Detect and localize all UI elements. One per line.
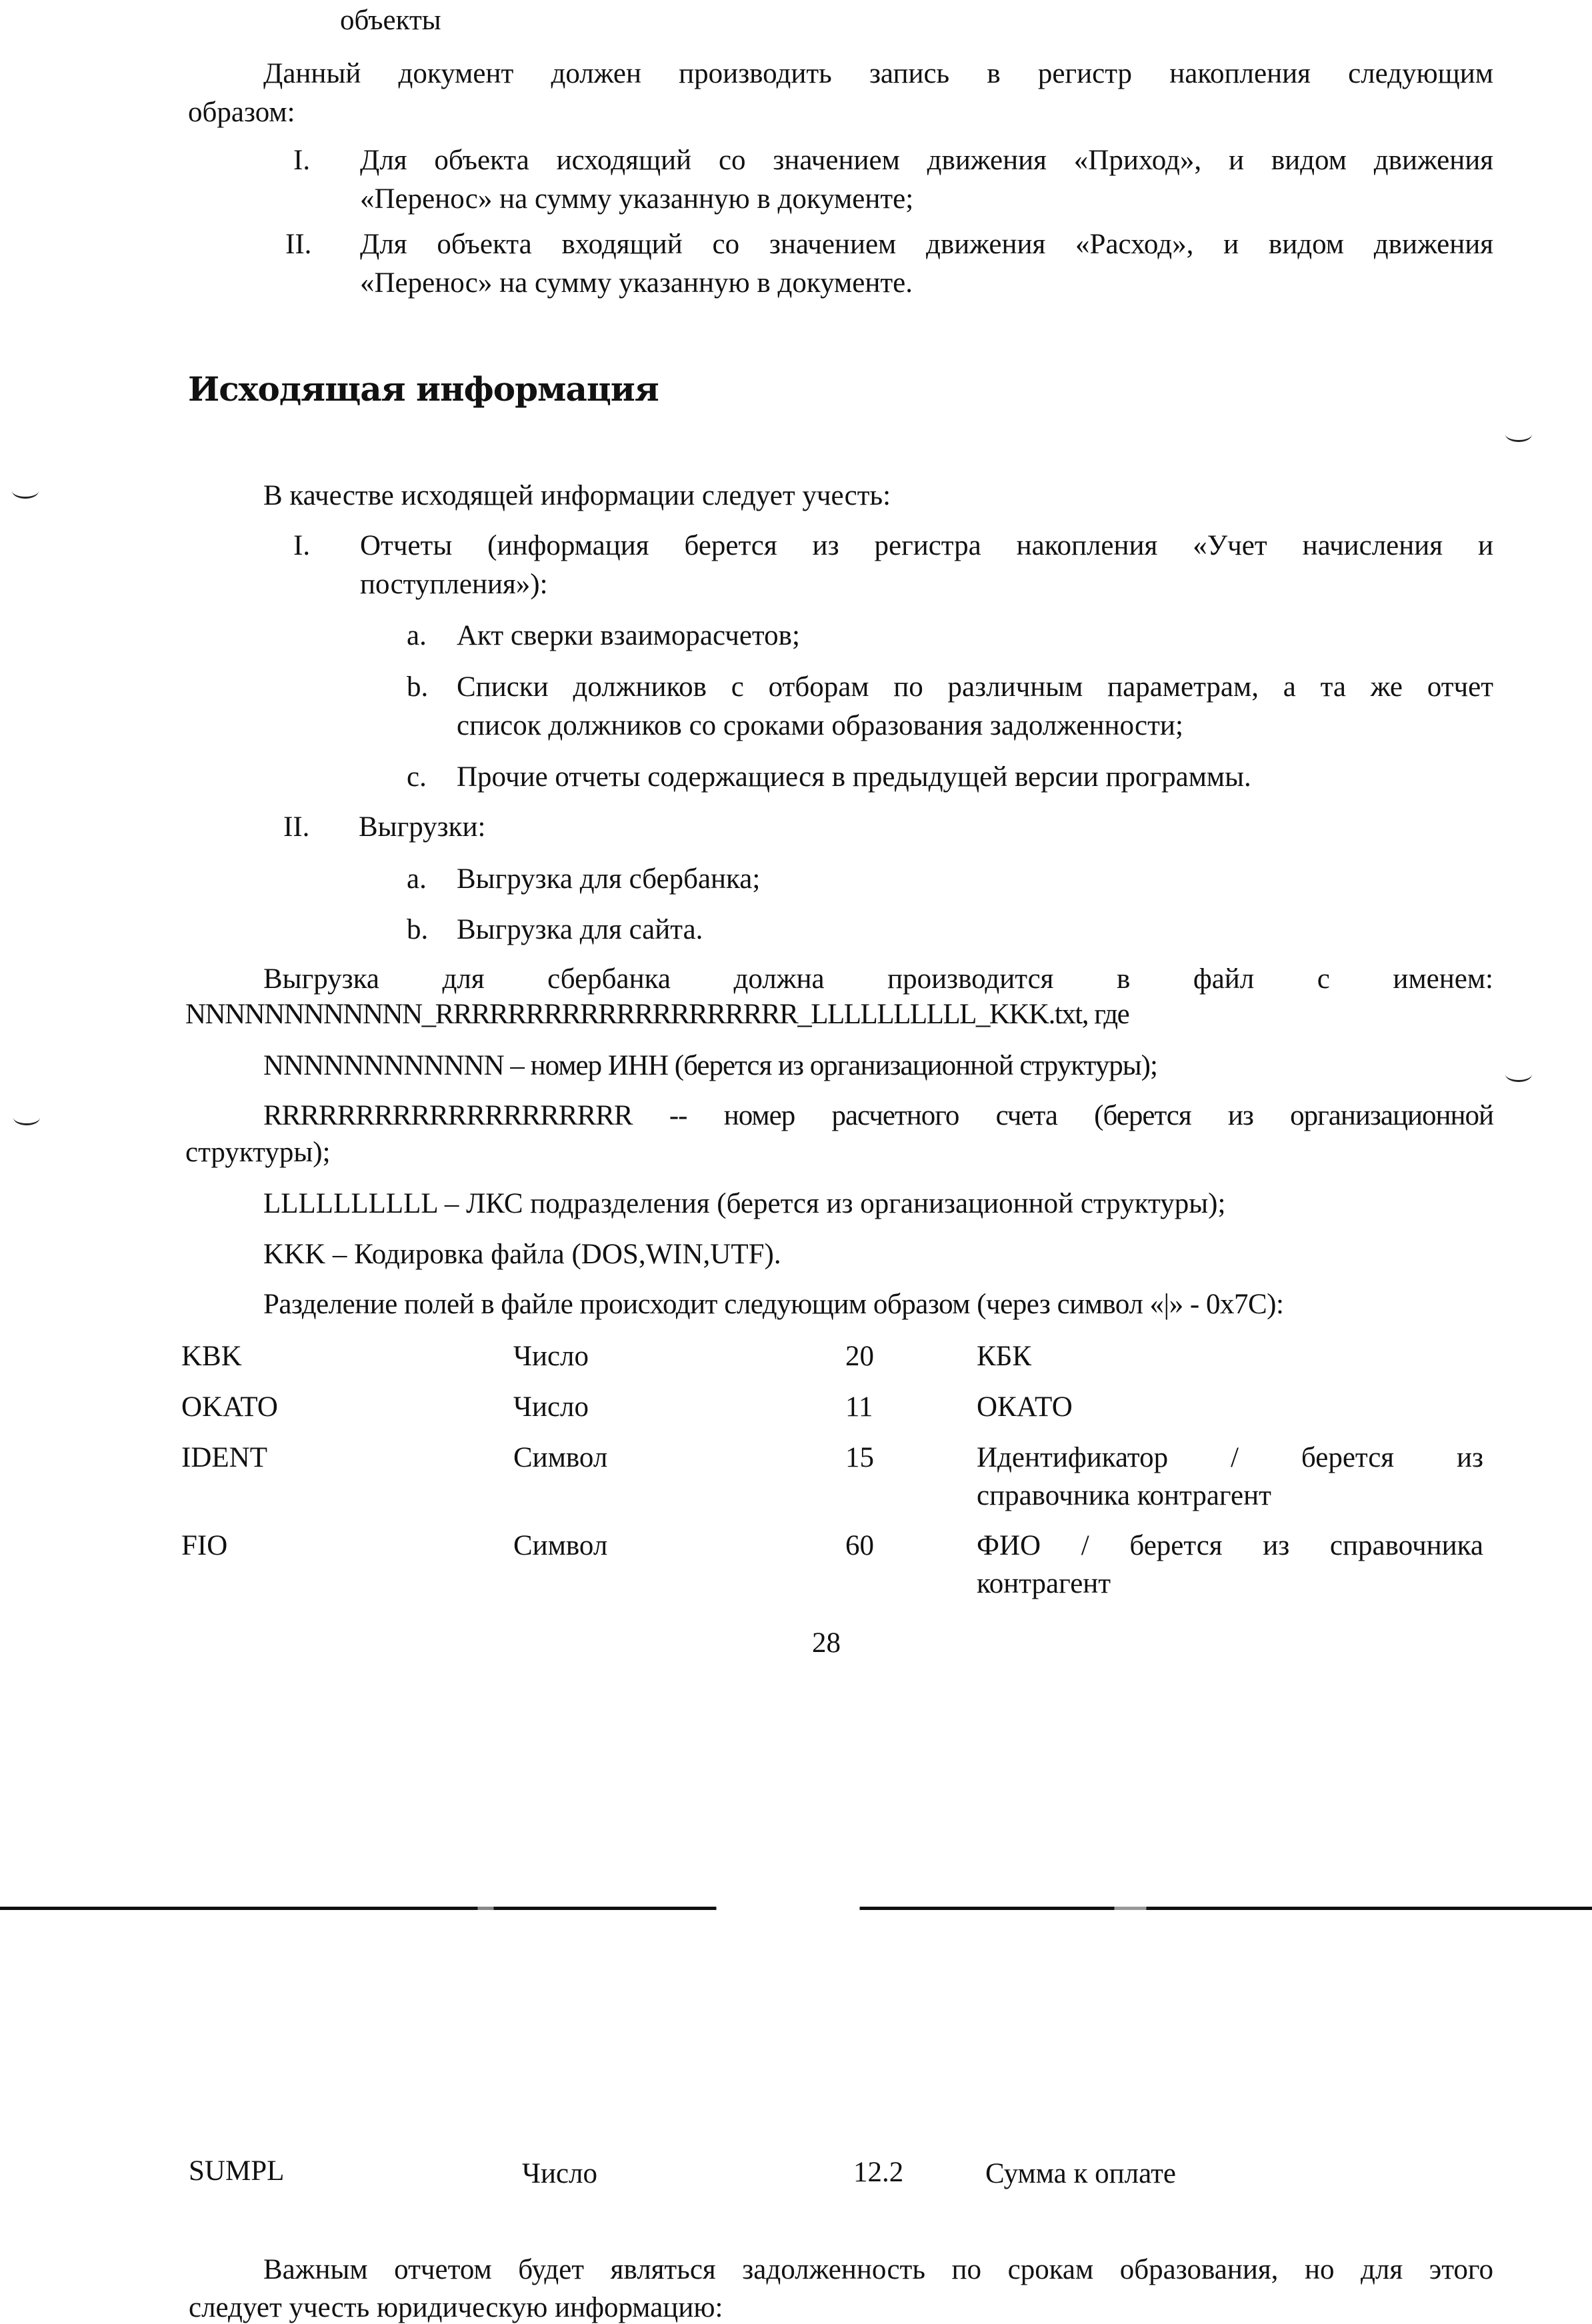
- list-marker: II.: [285, 225, 311, 264]
- list-item-line: Выгрузки:: [359, 808, 485, 847]
- field-desc: справочника контрагент: [977, 1477, 1271, 1515]
- sub-item-line: Выгрузка для сбербанка;: [457, 860, 760, 899]
- intro-text: В качестве исходящей информации следует …: [263, 477, 891, 515]
- paragraph-line: Выгрузка для сбербанка должна производит…: [263, 960, 1493, 999]
- sub-marker: b.: [407, 911, 428, 949]
- field-desc: КБК: [977, 1337, 1031, 1376]
- definition-line: NNNNNNNNNNNN – номер ИНН (берется из орг…: [263, 1047, 1157, 1085]
- definition-line: структуры);: [185, 1133, 331, 1172]
- sub-item-line: Выгрузка для сайта.: [457, 911, 703, 949]
- sub-marker: a.: [407, 860, 427, 899]
- paragraph-line: Важным отчетом будет являться задолженно…: [263, 2251, 1493, 2289]
- list-item-line: Отчеты (информация берется из регистра н…: [360, 527, 1493, 565]
- field-name: OKATO: [181, 1388, 278, 1427]
- field-type: Число: [522, 2155, 597, 2193]
- field-desc: Сумма к оплате: [985, 2155, 1176, 2193]
- list-marker: I.: [293, 527, 310, 565]
- definition-line: RRRRRRRRRRRRRRRRRRRR -- номер расчетного…: [263, 1097, 1493, 1135]
- scan-mark: [12, 483, 39, 499]
- definition-line: KKK – Кодировка файла (DOS,WIN,UTF).: [263, 1235, 781, 1274]
- list-item-line: Для объекта исходящий со значением движе…: [360, 141, 1493, 180]
- list-marker: I.: [293, 141, 310, 180]
- page-break-line: [0, 1907, 1592, 1910]
- field-name: KBK: [181, 1337, 242, 1376]
- paragraph-line: следует учесть юридическую информацию:: [189, 2289, 723, 2324]
- scan-mark: [1505, 1067, 1532, 1082]
- field-type: Символ: [513, 1527, 607, 1565]
- scan-mark: [1505, 427, 1532, 442]
- sub-marker: a.: [407, 617, 427, 655]
- sub-marker: b.: [407, 668, 428, 707]
- field-length: 60: [845, 1527, 874, 1565]
- field-name: IDENT: [181, 1439, 267, 1477]
- field-desc: Идентификатор / берется из: [977, 1439, 1483, 1477]
- field-length: 15: [845, 1439, 874, 1477]
- field-type: Число: [513, 1337, 589, 1376]
- field-desc: контрагент: [977, 1565, 1111, 1603]
- list-item-line: «Перенос» на сумму указанную в документе…: [360, 264, 913, 303]
- field-desc: ОКАТО: [977, 1388, 1073, 1427]
- top-fragment: объекты: [340, 1, 441, 40]
- field-desc: ФИО / берется из справочника: [977, 1527, 1483, 1565]
- scan-mark: [13, 1110, 40, 1125]
- field-name: FIO: [181, 1527, 227, 1565]
- paragraph-line: образом:: [188, 93, 295, 132]
- sub-item-line: Прочие отчеты содержащиеся в предыдущей …: [457, 758, 1251, 797]
- filename-template: NNNNNNNNNNNN_RRRRRRRRRRRRRRRRRRRR_LLLLLL…: [185, 995, 1129, 1034]
- section-heading: Исходящая информация: [188, 370, 659, 409]
- sub-item-line: Списки должников с отборам по различным …: [457, 668, 1493, 707]
- field-name: SUMPL: [189, 2152, 284, 2191]
- separator-text: Разделение полей в файле происходит след…: [263, 1285, 1283, 1324]
- field-type: Символ: [513, 1439, 607, 1477]
- definition-line: LLLLLLLLLL – ЛКС подразделения (берется …: [263, 1185, 1225, 1223]
- list-item-line: Для объекта входящий со значением движен…: [360, 225, 1493, 264]
- sub-item-line: Акт сверки взаиморасчетов;: [457, 617, 800, 655]
- field-type: Число: [513, 1388, 589, 1427]
- sub-marker: c.: [407, 758, 427, 797]
- list-item-line: поступления»):: [360, 565, 548, 604]
- field-length: 12.2: [853, 2153, 903, 2192]
- paragraph-line: Данный документ должен производить запис…: [263, 55, 1493, 93]
- field-length: 11: [845, 1388, 873, 1427]
- field-length: 20: [845, 1337, 874, 1376]
- sub-item-line: список должников со сроками образования …: [457, 707, 1183, 745]
- page-number: 28: [812, 1627, 841, 1659]
- list-marker: II.: [283, 808, 309, 847]
- list-item-line: «Перенос» на сумму указанную в документе…: [360, 180, 913, 219]
